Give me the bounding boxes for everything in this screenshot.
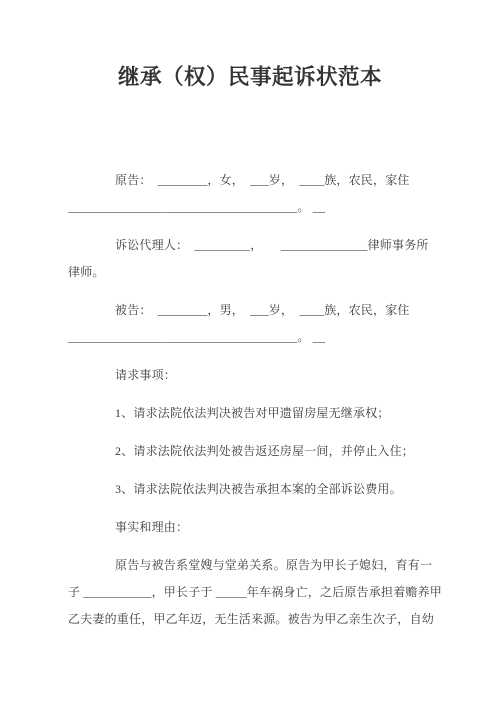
document-title: 继承（权）民事起诉状范本 <box>0 62 500 93</box>
paragraph-claim-2: 2、请求法院依法判处被告返还房屋一间，并停止入住； <box>68 438 440 465</box>
paragraph-defendant: 被告： ________，男， ___岁， ____族，农民，家住 ______… <box>68 297 440 351</box>
paragraph-line: 乙夫妻的重任，甲乙年迈，无生活来源。被告为甲乙亲生次子，自幼 <box>68 606 440 633</box>
paragraph-line: 诉讼代理人： _________， ______________律师事务所 <box>68 232 440 259</box>
paragraph-facts-body: 原告与被告系堂嫂与堂弟关系。原告为甲长子媳妇，育有一 子 ___________… <box>68 552 440 633</box>
paragraph-plaintiff: 原告： ________，女， ___岁， ____族，农民，家住 ______… <box>68 167 440 221</box>
paragraph-line: 请求事项： <box>68 362 440 389</box>
document-page: 继承（权）民事起诉状范本 原告： ________，女， ___岁， ____族… <box>0 0 500 708</box>
paragraph-line: _____________________________________。 _… <box>68 324 440 351</box>
paragraph-claims-heading: 请求事项： <box>68 362 440 389</box>
paragraph-line: 原告与被告系堂嫂与堂弟关系。原告为甲长子媳妇，育有一 <box>68 552 440 579</box>
paragraph-line: 律师。 <box>68 259 440 286</box>
paragraph-line: 原告： ________，女， ___岁， ____族，农民，家住 <box>68 167 440 194</box>
paragraph-claim-3: 3、请求法院依法判决被告承担本案的全部诉讼费用。 <box>68 476 440 503</box>
paragraph-line: 子 ___________，甲长子于 _____年车祸身亡，之后原告承担着赡养甲 <box>68 579 440 606</box>
paragraph-line: 3、请求法院依法判决被告承担本案的全部诉讼费用。 <box>68 476 440 503</box>
paragraph-facts-heading: 事实和理由： <box>68 514 440 541</box>
paragraph-line: _____________________________________。 _… <box>68 194 440 221</box>
paragraph-line: 事实和理由： <box>68 514 440 541</box>
paragraph-line: 1、请求法院依法判决被告对甲遗留房屋无继承权； <box>68 400 440 427</box>
paragraph-claim-1: 1、请求法院依法判决被告对甲遗留房屋无继承权； <box>68 400 440 427</box>
document-body: 原告： ________，女， ___岁， ____族，农民，家住 ______… <box>68 167 440 644</box>
paragraph-line: 被告： ________，男， ___岁， ____族，农民，家住 <box>68 297 440 324</box>
paragraph-agent: 诉讼代理人： _________， ______________律师事务所 律师… <box>68 232 440 286</box>
paragraph-line: 2、请求法院依法判处被告返还房屋一间，并停止入住； <box>68 438 440 465</box>
